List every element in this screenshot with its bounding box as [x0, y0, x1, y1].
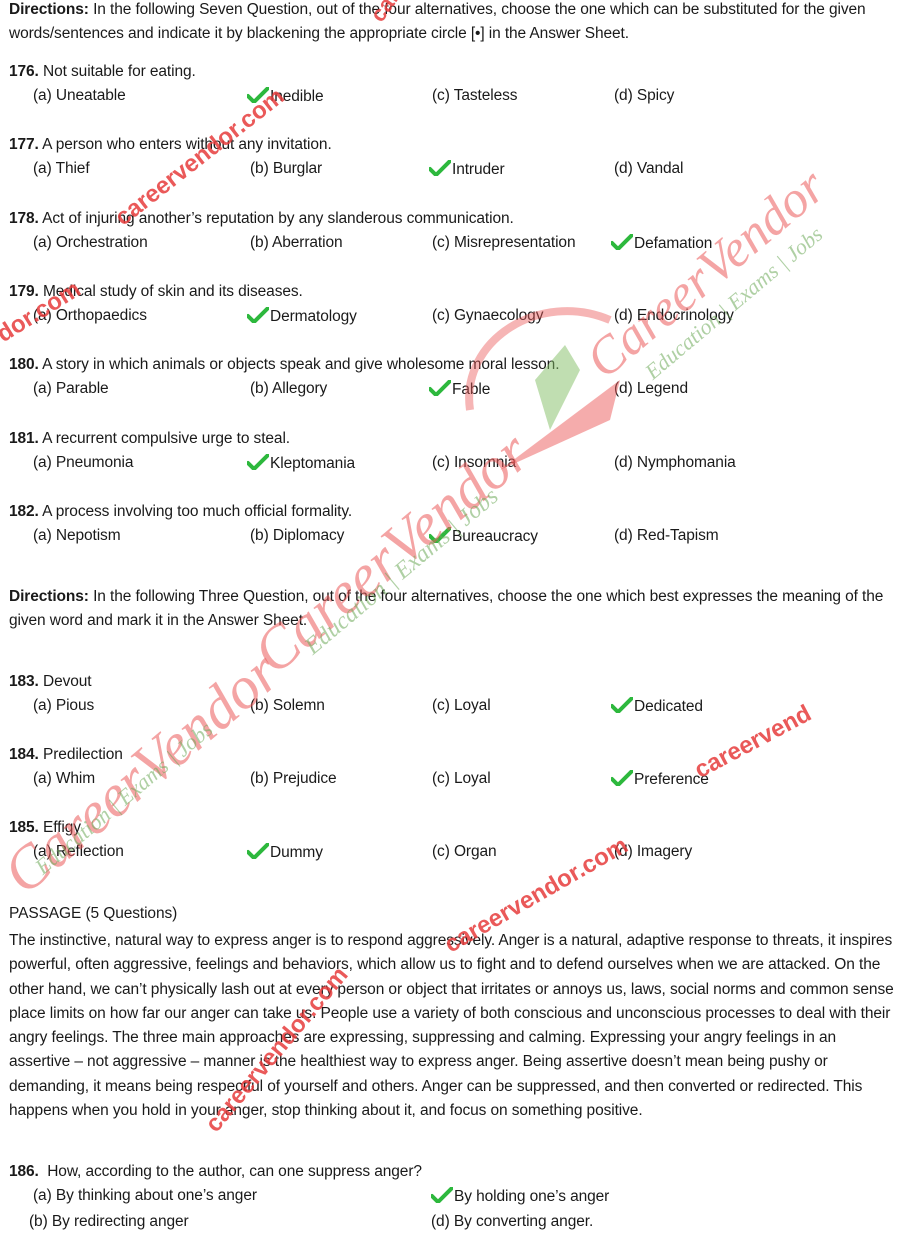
question-number: 183.: [9, 673, 39, 690]
question-text: Act of injuring another’s reputation by …: [42, 210, 514, 227]
question-text: A story in which animals or objects spea…: [42, 356, 559, 373]
option-text: Dedicated: [634, 698, 703, 715]
option[interactable]: (a) Orthopaedics: [33, 307, 147, 325]
option[interactable]: (c) Tasteless: [432, 87, 517, 105]
option-text: Dummy: [270, 844, 323, 861]
question-number: 178.: [9, 210, 39, 227]
check-mark-icon: [429, 527, 451, 543]
option-correct[interactable]: Fable: [429, 380, 490, 399]
option-text: (c) Organ: [432, 843, 497, 860]
check-mark-icon: [431, 1187, 453, 1203]
question-number: 185.: [9, 819, 39, 836]
option-text: Kleptomania: [270, 455, 355, 472]
option-text: (a) Thief: [33, 160, 90, 177]
option-correct[interactable]: Dedicated: [611, 697, 703, 716]
question-number: 184.: [9, 746, 39, 763]
check-mark-icon: [247, 307, 269, 323]
question-text: How, according to the author, can one su…: [47, 1163, 422, 1180]
option[interactable]: (b) Allegory: [250, 380, 327, 398]
option-text: Dermatology: [270, 308, 357, 325]
check-mark-icon: [429, 160, 451, 176]
option-text: Fable: [452, 381, 490, 398]
check-mark-icon: [611, 770, 633, 786]
option-correct[interactable]: Dummy: [247, 843, 323, 862]
option[interactable]: (b) Aberration: [250, 234, 343, 252]
question-number: 180.: [9, 356, 39, 373]
check-mark-icon: [611, 234, 633, 250]
question-stem: 185. Effigy: [9, 819, 81, 837]
question-text: Effigy: [43, 819, 81, 836]
option[interactable]: (d) Vandal: [614, 160, 683, 178]
watermark-brand: CareerVendor: [575, 157, 837, 390]
option[interactable]: (a) Orchestration: [33, 234, 148, 252]
option[interactable]: (a) Whim: [33, 770, 95, 788]
option-correct[interactable]: Intruder: [429, 160, 505, 179]
option-text: (d) Red-Tapism: [614, 527, 719, 544]
question-text: A recurrent compulsive urge to steal.: [42, 430, 290, 447]
directions-text: In the following Seven Question, out of …: [9, 1, 866, 42]
option-text: (a) Reflection: [33, 843, 124, 860]
option[interactable]: (a) Thief: [33, 160, 90, 178]
option-a[interactable]: (a) By thinking about one’s anger: [33, 1187, 257, 1205]
option-text: (a) Pious: [33, 697, 94, 714]
option[interactable]: (c) Misrepresentation: [432, 234, 575, 252]
option[interactable]: (d) Imagery: [614, 843, 692, 861]
option[interactable]: (a) Uneatable: [33, 87, 126, 105]
question-number: 186.: [9, 1163, 39, 1180]
check-mark-icon: [247, 843, 269, 859]
option[interactable]: (d) Red-Tapism: [614, 527, 719, 545]
option[interactable]: (b) Prejudice: [250, 770, 337, 788]
option-correct[interactable]: Dermatology: [247, 307, 357, 326]
option-text: (b) Solemn: [250, 697, 325, 714]
option-c-correct[interactable]: By holding one’s anger: [431, 1187, 609, 1206]
option-text: (a) Orthopaedics: [33, 307, 147, 324]
option-text: (c) Tasteless: [432, 87, 517, 104]
option[interactable]: (a) Reflection: [33, 843, 124, 861]
option-text: (c) Gynaecology: [432, 307, 543, 324]
directions-label: Directions:: [9, 588, 89, 605]
question-number: 181.: [9, 430, 39, 447]
section2-directions: Directions: In the following Three Quest…: [9, 585, 894, 633]
question-text: A person who enters without any invitati…: [42, 136, 332, 153]
option-text: (a) Nepotism: [33, 527, 121, 544]
option[interactable]: (b) Solemn: [250, 697, 325, 715]
watermark-fragment: careervend: [690, 700, 816, 785]
option[interactable]: (a) Pious: [33, 697, 94, 715]
option[interactable]: (a) Nepotism: [33, 527, 121, 545]
option-text: (d) Imagery: [614, 843, 692, 860]
option-correct[interactable]: Kleptomania: [247, 454, 355, 473]
option-correct[interactable]: Bureaucracy: [429, 527, 538, 546]
option[interactable]: (d) Legend: [614, 380, 688, 398]
question-text: Not suitable for eating.: [43, 63, 196, 80]
passage-title: PASSAGE (5 Questions): [9, 905, 177, 923]
option-text: (b) Burglar: [250, 160, 322, 177]
option-text: Preference: [634, 771, 709, 788]
option-text: (a) Pneumonia: [33, 454, 133, 471]
question-text: Medical study of skin and its diseases.: [43, 283, 303, 300]
check-mark-icon: [247, 454, 269, 470]
directions-label: Directions:: [9, 1, 89, 18]
option-text: (a) Uneatable: [33, 87, 126, 104]
question-text: Predilection: [43, 746, 123, 763]
check-mark-icon: [247, 87, 269, 103]
question-stem: 182. A process involving too much offici…: [9, 503, 352, 521]
option[interactable]: (d) Nymphomania: [614, 454, 736, 472]
option[interactable]: (d) Endocrinology: [614, 307, 734, 325]
option-b[interactable]: (b) By redirecting anger: [29, 1213, 189, 1231]
question-stem: 177. A person who enters without any inv…: [9, 136, 332, 154]
check-mark-icon: [429, 380, 451, 396]
question-number: 179.: [9, 283, 39, 300]
option-text: Defamation: [634, 235, 712, 252]
option[interactable]: (c) Gynaecology: [432, 307, 543, 325]
option-text: (d) Spicy: [614, 87, 674, 104]
option[interactable]: (d) Spicy: [614, 87, 674, 105]
option[interactable]: (b) Diplomacy: [250, 527, 344, 545]
option-text: (b) Allegory: [250, 380, 327, 397]
option[interactable]: (c) Insomnia: [432, 454, 516, 472]
question-stem: 176. Not suitable for eating.: [9, 63, 196, 81]
option[interactable]: (b) Burglar: [250, 160, 322, 178]
option-text: (c) Misrepresentation: [432, 234, 575, 251]
option[interactable]: (c) Loyal: [432, 770, 491, 788]
option-text: (d) Nymphomania: [614, 454, 736, 471]
option-text: (b) Aberration: [250, 234, 343, 251]
directions-text: In the following Three Question, out of …: [9, 588, 883, 629]
question-text: Devout: [43, 673, 92, 690]
option-correct[interactable]: Defamation: [611, 234, 712, 253]
question-stem: 179. Medical study of skin and its disea…: [9, 283, 303, 301]
section1-directions: Directions: In the following Seven Quest…: [9, 0, 894, 46]
option[interactable]: (c) Loyal: [432, 697, 491, 715]
option-text: Bureaucracy: [452, 528, 538, 545]
question-stem: 184. Predilection: [9, 746, 123, 764]
check-mark-icon: [611, 697, 633, 713]
option-text: Inedible: [270, 88, 324, 105]
question-186-stem: 186. How, according to the author, can o…: [9, 1163, 422, 1181]
option-d[interactable]: (d) By converting anger.: [431, 1213, 593, 1231]
question-stem: 178. Act of injuring another’s reputatio…: [9, 210, 514, 228]
option-text: (a) Whim: [33, 770, 95, 787]
question-text: A process involving too much official fo…: [42, 503, 352, 520]
option-text: (b) Prejudice: [250, 770, 337, 787]
question-stem: 183. Devout: [9, 673, 92, 691]
option-text: (d) Endocrinology: [614, 307, 734, 324]
option[interactable]: (a) Parable: [33, 380, 109, 398]
question-number: 177.: [9, 136, 39, 153]
option-text: (a) Orchestration: [33, 234, 148, 251]
option-text: Intruder: [452, 161, 505, 178]
option-text: (d) Vandal: [614, 160, 683, 177]
option-text: (c) Loyal: [432, 697, 491, 714]
option-correct[interactable]: Preference: [611, 770, 709, 789]
option-text: (c) Loyal: [432, 770, 491, 787]
option[interactable]: (a) Pneumonia: [33, 454, 133, 472]
question-number: 176.: [9, 63, 39, 80]
passage-text: The instinctive, natural way to express …: [9, 929, 900, 1123]
option-text: (a) Parable: [33, 380, 109, 397]
question-number: 182.: [9, 503, 39, 520]
question-stem: 180. A story in which animals or objects…: [9, 356, 559, 374]
option-text: (d) Legend: [614, 380, 688, 397]
option-text: (b) Diplomacy: [250, 527, 344, 544]
exam-page: Directions: In the following Seven Quest…: [0, 0, 900, 1236]
option-text: (c) Insomnia: [432, 454, 516, 471]
option-text: By holding one’s anger: [454, 1188, 609, 1205]
question-stem: 181. A recurrent compulsive urge to stea…: [9, 430, 290, 448]
option-correct[interactable]: Inedible: [247, 87, 324, 106]
option[interactable]: (c) Organ: [432, 843, 497, 861]
